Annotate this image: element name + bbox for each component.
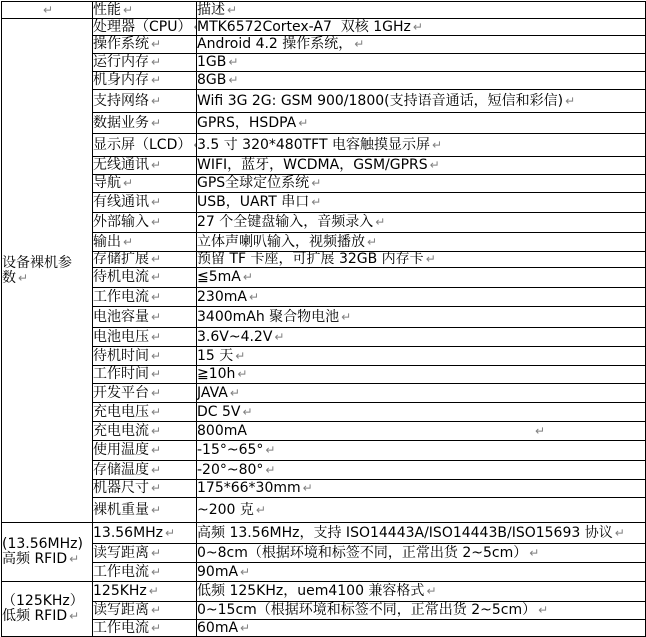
paragraph-mark-icon: ↵	[149, 405, 161, 419]
attribute-cell: 机身内存↵	[93, 72, 197, 90]
paragraph-mark-icon: ↵	[149, 55, 161, 69]
paragraph-mark-icon: ↵	[149, 116, 161, 130]
attribute-cell: 充电电流↵	[93, 422, 197, 441]
attribute-cell: 工作电流↵	[93, 620, 197, 637]
description-value: 27 个全键盘输入，音频录入	[197, 214, 373, 230]
description-value: 立体声喇叭输入，视频播放	[197, 234, 365, 250]
paragraph-mark-icon: ↵	[149, 94, 161, 108]
table-row: 工作电流↵90mA↵	[2, 563, 646, 582]
attribute-label: 存储扩展	[93, 252, 149, 268]
paragraph-mark-icon: ↵	[228, 386, 240, 400]
description-value: MTK6572Cortex-A7 双核 1GHz	[197, 19, 411, 35]
paragraph-mark-icon: ↵	[149, 424, 161, 438]
paragraph-mark-icon: ↵	[149, 503, 161, 517]
attribute-cell: 电池电压↵	[93, 328, 197, 347]
attribute-label: 工作电流	[93, 289, 149, 305]
attribute-label: 读写距离	[93, 602, 149, 618]
table-row: 待机电流↵≦5mA↵	[2, 268, 646, 288]
paragraph-mark-icon: ↵	[149, 215, 161, 229]
spec-table: ↵ 性能↵ 描述↵ 设备裸机参 数↵处理器（CPU）↵MTK6572Cortex…	[1, 1, 646, 637]
table-row: 机身内存↵8GB↵	[2, 72, 646, 90]
paragraph-mark-icon: ↵	[149, 195, 161, 209]
table-row: 工作电流↵60mA↵	[2, 620, 646, 637]
paragraph-mark-icon: ↵	[149, 463, 161, 477]
table-row: 存储温度↵-20°~80°↵	[2, 461, 646, 480]
description-value: GPRS，HSDPA	[197, 115, 296, 131]
paragraph-mark-icon: ↵	[225, 3, 237, 17]
paragraph-mark-icon: ↵	[430, 138, 442, 152]
attribute-label: 待机电流	[93, 269, 149, 285]
attribute-cell: 工作时间↵	[93, 366, 197, 384]
paragraph-mark-icon: ↵	[613, 526, 625, 540]
paragraph-mark-icon: ↵	[301, 481, 313, 495]
description-cell: 800mA↵	[197, 422, 646, 441]
paragraph-mark-icon: ↵	[149, 252, 161, 266]
paragraph-mark-icon: ↵	[149, 73, 161, 87]
paragraph-mark-icon: ↵	[149, 37, 161, 51]
attribute-cell: 存储扩展↵	[93, 252, 197, 268]
description-cell: 0~15cm（根据环境和标签不同，正常出货 2~5cm）↵	[197, 602, 646, 620]
description-value: USB，UART 串口	[197, 194, 309, 210]
table-row: 电池容量↵3400mAh 聚合物电池↵	[2, 307, 646, 328]
description-value: GPS全球定位系统	[197, 175, 309, 191]
description-cell: 8GB↵	[197, 72, 646, 90]
paragraph-mark-icon: ↵	[428, 158, 440, 172]
attribute-label: 工作电流	[93, 564, 149, 580]
table-row: 有线通讯↵USB，UART 串口↵	[2, 193, 646, 213]
section-group-cell: (13.56MHz) 高频 RFID↵	[2, 523, 93, 582]
table-row: 开发平台↵JAVA↵	[2, 384, 646, 403]
paragraph-mark-icon: ↵	[149, 158, 161, 172]
paragraph-mark-icon: ↵	[226, 73, 238, 87]
description-cell: 90mA↵	[197, 563, 646, 582]
description-value: 90mA	[197, 564, 238, 580]
description-value: 60mA	[197, 620, 238, 636]
attribute-cell: 工作电流↵	[93, 563, 197, 582]
attribute-cell: 数据业务↵	[93, 113, 197, 134]
table-row: 输出↵立体声喇叭输入，视频播放↵	[2, 233, 646, 252]
paragraph-mark-icon: ↵	[149, 330, 161, 344]
paragraph-mark-icon: ↵	[149, 621, 161, 635]
paragraph-mark-icon: ↵	[191, 20, 196, 34]
description-cell: 60mA↵	[197, 620, 646, 637]
paragraph-mark-icon: ↵	[121, 3, 133, 17]
table-row: 支持网络↵Wifi 3G 2G: GSM 900/1800(支持语音通话，短信和…	[2, 90, 646, 113]
table-row: 运行内存↵1GB↵	[2, 54, 646, 72]
description-cell: WIFI，蓝牙，WCDMA，GSM/GPRS↵	[197, 157, 646, 175]
header-attribute-cell: 性能↵	[93, 2, 197, 19]
attribute-cell: 处理器（CPU）↵	[93, 19, 197, 36]
paragraph-mark-icon: ↵	[149, 603, 161, 617]
description-cell: ≦5mA↵	[197, 268, 646, 288]
description-cell: 立体声喇叭输入，视频播放↵	[197, 233, 646, 252]
header-description-label: 描述	[197, 2, 225, 18]
attribute-cell: 支持网络↵	[93, 90, 197, 113]
paragraph-mark-icon: ↵	[191, 138, 196, 152]
attribute-label: 待机时间	[93, 348, 149, 364]
paragraph-mark-icon: ↵	[272, 330, 284, 344]
description-cell: 27 个全键盘输入，音频录入↵	[197, 213, 646, 233]
attribute-cell: 外部输入↵	[93, 213, 197, 233]
description-value: 3.6V~4.2V	[197, 329, 272, 345]
paragraph-mark-icon: ↵	[149, 310, 161, 324]
attribute-label: 输出	[93, 234, 121, 250]
attribute-cell: 导航↵	[93, 175, 197, 193]
description-cell: 3400mAh 聚合物电池↵	[197, 307, 646, 328]
paragraph-mark-icon: ↵	[16, 271, 28, 285]
attribute-label: 有线通讯	[93, 194, 149, 210]
paragraph-mark-icon: ↵	[296, 116, 308, 130]
paragraph-mark-icon: ↵	[149, 481, 161, 495]
paragraph-mark-icon: ↵	[149, 367, 161, 381]
attribute-label: 处理器（CPU）	[93, 19, 191, 35]
description-cell: ≧10h↵	[197, 366, 646, 384]
attribute-cell: 有线通讯↵	[93, 193, 197, 213]
paragraph-mark-icon: ↵	[67, 609, 79, 623]
paragraph-mark-icon: ↵	[247, 290, 259, 304]
attribute-cell: 待机电流↵	[93, 268, 197, 288]
paragraph-mark-icon: ↵	[411, 20, 423, 34]
paragraph-mark-icon: ↵	[149, 290, 161, 304]
attribute-label: 存储温度	[93, 462, 149, 478]
description-cell: 高频 13.56MHz，支持 ISO14443A/ISO14443B/ISO15…	[197, 523, 646, 544]
attribute-label: 使用温度	[93, 442, 149, 458]
paragraph-mark-icon: ↵	[67, 552, 79, 566]
table-row: 使用温度↵-15°~65°↵	[2, 441, 646, 461]
table-row: 工作时间↵≧10h↵	[2, 366, 646, 384]
table-row: 外部输入↵27 个全键盘输入，音频录入↵	[2, 213, 646, 233]
paragraph-mark-icon: ↵	[254, 503, 266, 517]
table-row: 无线通讯↵WIFI，蓝牙，WCDMA，GSM/GPRS↵	[2, 157, 646, 175]
description-value: ≦5mA	[197, 269, 241, 285]
description-value: DC 5V	[197, 404, 241, 420]
description-value: 1GB	[197, 54, 226, 70]
description-cell: 0~8cm（根据环境和标签不同，正常出货 2~5cm）↵	[197, 544, 646, 563]
description-value: Wifi 3G 2G: GSM 900/1800(支持语音通话，短信和彩信)	[197, 93, 563, 109]
paragraph-mark-icon: ↵	[527, 546, 539, 560]
description-value: 0~15cm（根据环境和标签不同，正常出货 2~5cm）	[197, 602, 536, 618]
table-row: 充电电压↵DC 5V↵	[2, 403, 646, 422]
attribute-cell: 运行内存↵	[93, 54, 197, 72]
description-value: 15 天	[197, 348, 233, 364]
paragraph-mark-icon: ↵	[163, 526, 175, 540]
attribute-cell: 机器尺寸↵	[93, 480, 197, 498]
attribute-label: 数据业务	[93, 115, 149, 131]
attribute-label: 开发平台	[93, 385, 149, 401]
attribute-cell: 待机时间↵	[93, 347, 197, 366]
attribute-cell: 电池容量↵	[93, 307, 197, 328]
table-row: 裸机重量↵~200 克↵	[2, 498, 646, 523]
paragraph-mark-icon: ↵	[149, 349, 161, 363]
section-group-cell: 设备裸机参 数↵	[2, 19, 93, 523]
attribute-label: 读写距离	[93, 545, 149, 561]
attribute-label: 电池容量	[93, 309, 149, 325]
paragraph-mark-icon: ↵	[339, 310, 351, 324]
attribute-label: 无线通讯	[93, 157, 149, 173]
paragraph-mark-icon: ↵	[563, 94, 575, 108]
paragraph-mark-icon: ↵	[241, 405, 253, 419]
description-cell: USB，UART 串口↵	[197, 193, 646, 213]
attribute-label: 操作系统	[93, 36, 149, 52]
attribute-cell: 显示屏（LCD）↵	[93, 134, 197, 157]
attribute-label: 电池电压	[93, 329, 149, 345]
paragraph-mark-icon: ↵	[309, 176, 321, 190]
paragraph-mark-icon: ↵	[238, 621, 250, 635]
table-row: 机器尺寸↵175*66*30mm↵	[2, 480, 646, 498]
header-description-cell: 描述↵	[197, 2, 646, 19]
table-row: 工作电流↵230mA↵	[2, 288, 646, 307]
description-cell: MTK6572Cortex-A7 双核 1GHz↵	[197, 19, 646, 36]
description-value: 3.5 寸 320*480TFT 电容触摸显示屏	[197, 137, 430, 153]
paragraph-mark-icon: ↵	[149, 546, 161, 560]
table-row: 存储扩展↵预留 TF 卡座，可扩展 32GB 内存卡↵	[2, 252, 646, 268]
header-attribute-label: 性能	[93, 2, 121, 18]
table-row: 待机时间↵15 天↵	[2, 347, 646, 366]
spec-table-body: ↵ 性能↵ 描述↵ 设备裸机参 数↵处理器（CPU）↵MTK6572Cortex…	[2, 2, 646, 637]
description-value: ≧10h	[197, 366, 235, 382]
description-cell: DC 5V↵	[197, 403, 646, 422]
table-row: （125KHz） 低频 RFID↵125KHz↵低频 125KHz，uem410…	[2, 582, 646, 602]
paragraph-mark-icon: ↵	[309, 195, 321, 209]
description-cell: 3.5 寸 320*480TFT 电容触摸显示屏↵	[197, 134, 646, 157]
attribute-cell: 存储温度↵	[93, 461, 197, 480]
attribute-cell: 裸机重量↵	[93, 498, 197, 523]
attribute-cell: 使用温度↵	[93, 441, 197, 461]
paragraph-mark-icon: ↵	[424, 584, 436, 598]
description-value: -15°~65°	[197, 442, 263, 458]
description-cell: JAVA↵	[197, 384, 646, 403]
description-value: 175*66*30mm	[197, 480, 301, 496]
description-cell: GPRS，HSDPA↵	[197, 113, 646, 134]
attribute-cell: 读写距离↵	[93, 544, 197, 563]
paragraph-mark-icon: ↵	[373, 215, 385, 229]
description-cell: -20°~80°↵	[197, 461, 646, 480]
description-value: Android 4.2 操作系统，	[197, 36, 352, 52]
attribute-label: 工作时间	[93, 366, 149, 382]
attribute-cell: 125KHz↵	[93, 582, 197, 602]
paragraph-mark-icon: ↵	[241, 270, 253, 284]
description-value: 预留 TF 卡座，可扩展 32GB 内存卡	[197, 252, 424, 268]
header-row: ↵ 性能↵ 描述↵	[2, 2, 646, 19]
header-group-cell: ↵	[2, 2, 93, 19]
paragraph-mark-icon: ↵	[235, 367, 247, 381]
description-value: 8GB	[197, 72, 226, 88]
description-value: 0~8cm（根据环境和标签不同，正常出货 2~5cm）	[197, 545, 527, 561]
attribute-label: 支持网络	[93, 93, 149, 109]
attribute-cell: 开发平台↵	[93, 384, 197, 403]
paragraph-mark-icon: ↵	[41, 3, 53, 17]
description-value: 800mA	[197, 423, 247, 439]
table-row: 显示屏（LCD）↵3.5 寸 320*480TFT 电容触摸显示屏↵	[2, 134, 646, 157]
table-row: 电池电压↵3.6V~4.2V↵	[2, 328, 646, 347]
paragraph-mark-icon: ↵	[365, 235, 377, 249]
attribute-label: 工作电流	[93, 620, 149, 636]
attribute-cell: 读写距离↵	[93, 602, 197, 620]
section-group-label: 设备裸机参 数	[2, 255, 72, 286]
description-cell: 3.6V~4.2V↵	[197, 328, 646, 347]
attribute-label: 裸机重量	[93, 502, 149, 518]
description-value: ~200 克	[197, 502, 254, 518]
paragraph-mark-icon: ↵	[121, 235, 133, 249]
paragraph-mark-icon: ↵	[247, 424, 545, 438]
description-value: 3400mAh 聚合物电池	[197, 309, 339, 325]
paragraph-mark-icon: ↵	[149, 386, 161, 400]
attribute-label: 机器尺寸	[93, 480, 149, 496]
description-cell: GPS全球定位系统↵	[197, 175, 646, 193]
attribute-label: 125KHz	[93, 583, 147, 599]
attribute-cell: 操作系统↵	[93, 36, 197, 54]
table-row: 读写距离↵0~15cm（根据环境和标签不同，正常出货 2~5cm）↵	[2, 602, 646, 620]
description-value: JAVA	[197, 385, 228, 401]
description-value: WIFI，蓝牙，WCDMA，GSM/GPRS	[197, 157, 428, 173]
paragraph-mark-icon: ↵	[149, 270, 161, 284]
paragraph-mark-icon: ↵	[352, 37, 364, 51]
attribute-cell: 充电电压↵	[93, 403, 197, 422]
attribute-cell: 无线通讯↵	[93, 157, 197, 175]
description-cell: 230mA↵	[197, 288, 646, 307]
description-cell: 预留 TF 卡座，可扩展 32GB 内存卡↵	[197, 252, 646, 268]
description-value: -20°~80°	[197, 462, 263, 478]
paragraph-mark-icon: ↵	[147, 584, 159, 598]
attribute-label: 导航	[93, 175, 121, 191]
paragraph-mark-icon: ↵	[226, 55, 238, 69]
description-cell: 低频 125KHz，uem4100 兼容格式↵	[197, 582, 646, 602]
paragraph-mark-icon: ↵	[149, 565, 161, 579]
description-cell: ~200 克↵	[197, 498, 646, 523]
attribute-label: 外部输入	[93, 214, 149, 230]
paragraph-mark-icon: ↵	[121, 176, 133, 190]
attribute-label: 充电电压	[93, 404, 149, 420]
description-value: 高频 13.56MHz，支持 ISO14443A/ISO14443B/ISO15…	[197, 525, 613, 541]
paragraph-mark-icon: ↵	[536, 603, 548, 617]
attribute-label: 运行内存	[93, 54, 149, 70]
table-row: (13.56MHz) 高频 RFID↵13.56MHz↵高频 13.56MHz，…	[2, 523, 646, 544]
description-cell: 15 天↵	[197, 347, 646, 366]
attribute-cell: 13.56MHz↵	[93, 523, 197, 544]
attribute-label: 显示屏（LCD）	[93, 137, 191, 153]
attribute-label: 机身内存	[93, 72, 149, 88]
paragraph-mark-icon: ↵	[263, 463, 275, 477]
attribute-cell: 输出↵	[93, 233, 197, 252]
table-row: 读写距离↵0~8cm（根据环境和标签不同，正常出货 2~5cm）↵	[2, 544, 646, 563]
table-row: 数据业务↵GPRS，HSDPA↵	[2, 113, 646, 134]
table-row: 充电电流↵800mA↵	[2, 422, 646, 441]
table-row: 导航↵GPS全球定位系统↵	[2, 175, 646, 193]
table-row: 操作系统↵Android 4.2 操作系统，↵	[2, 36, 646, 54]
paragraph-mark-icon: ↵	[238, 565, 250, 579]
description-cell: Android 4.2 操作系统，↵	[197, 36, 646, 54]
description-cell: Wifi 3G 2G: GSM 900/1800(支持语音通话，短信和彩信)↵	[197, 90, 646, 113]
description-value: 230mA	[197, 289, 247, 305]
description-cell: -15°~65°↵	[197, 441, 646, 461]
attribute-label: 充电电流	[93, 423, 149, 439]
paragraph-mark-icon: ↵	[424, 252, 436, 266]
description-cell: 175*66*30mm↵	[197, 480, 646, 498]
paragraph-mark-icon: ↵	[149, 443, 161, 457]
attribute-cell: 工作电流↵	[93, 288, 197, 307]
description-value: 低频 125KHz，uem4100 兼容格式	[197, 583, 424, 599]
description-cell: 1GB↵	[197, 54, 646, 72]
section-group-cell: （125KHz） 低频 RFID↵	[2, 582, 93, 637]
attribute-label: 13.56MHz	[93, 525, 163, 541]
paragraph-mark-icon: ↵	[263, 443, 275, 457]
paragraph-mark-icon: ↵	[233, 349, 245, 363]
table-row: 设备裸机参 数↵处理器（CPU）↵MTK6572Cortex-A7 双核 1GH…	[2, 19, 646, 36]
